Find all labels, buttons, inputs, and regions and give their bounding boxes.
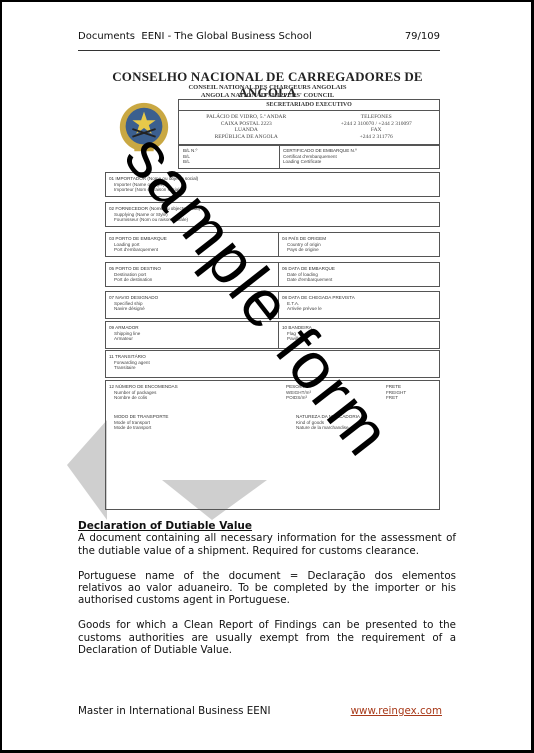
contact-line: +244 2 311776 xyxy=(341,134,412,141)
paragraph: Portuguese name of the document = Declar… xyxy=(78,570,456,607)
paragraph: A document containing all necessary info… xyxy=(78,532,456,557)
page-header: Documents EENI - The Global Business Sch… xyxy=(78,31,440,42)
secretariat-box: SECRETARIADO EXECUTIVO PALÁCIO DE VIDRO,… xyxy=(178,99,440,145)
page-footer: Master in International Business EENI ww… xyxy=(78,705,442,717)
form-subtitle-fr: CONSEIL NATIONAL DES CHARGEURS ANGOLAIS xyxy=(90,84,445,91)
section-heading: Declaration of Dutiable Value xyxy=(78,520,456,532)
certificate-field: CERTIFICADO DE EMBARQUE N.ºCertificat d'… xyxy=(283,148,357,165)
header-divider xyxy=(78,50,440,51)
page-number: 79/109 xyxy=(405,31,440,42)
document-description: Declaration of Dutiable Value A document… xyxy=(78,520,456,669)
address-line: PALÁCIO DE VIDRO, 5.º ANDAR xyxy=(206,114,286,121)
footer-text: Master in International Business EENI xyxy=(78,705,271,717)
website-link[interactable]: www.reingex.com xyxy=(351,705,442,717)
header-title: Documents EENI - The Global Business Sch… xyxy=(78,31,312,42)
address-line: REPÚBLICA DE ANGOLA xyxy=(206,134,286,141)
secretariat-heading: SECRETARIADO EXECUTIVO xyxy=(179,102,439,108)
form-subtitle-en: ANGOLA NATIONAL 'SHIPPERS' COUNCIL xyxy=(90,92,445,99)
field-packages-transport: 12 NÚMERO DE ENCOMENDASNumber of package… xyxy=(105,380,440,510)
paragraph: Goods for which a Clean Report of Findin… xyxy=(78,619,456,656)
bl-certificate-box: B/L N.ºB/LB/L CERTIFICADO DE EMBARQUE N.… xyxy=(178,145,440,169)
